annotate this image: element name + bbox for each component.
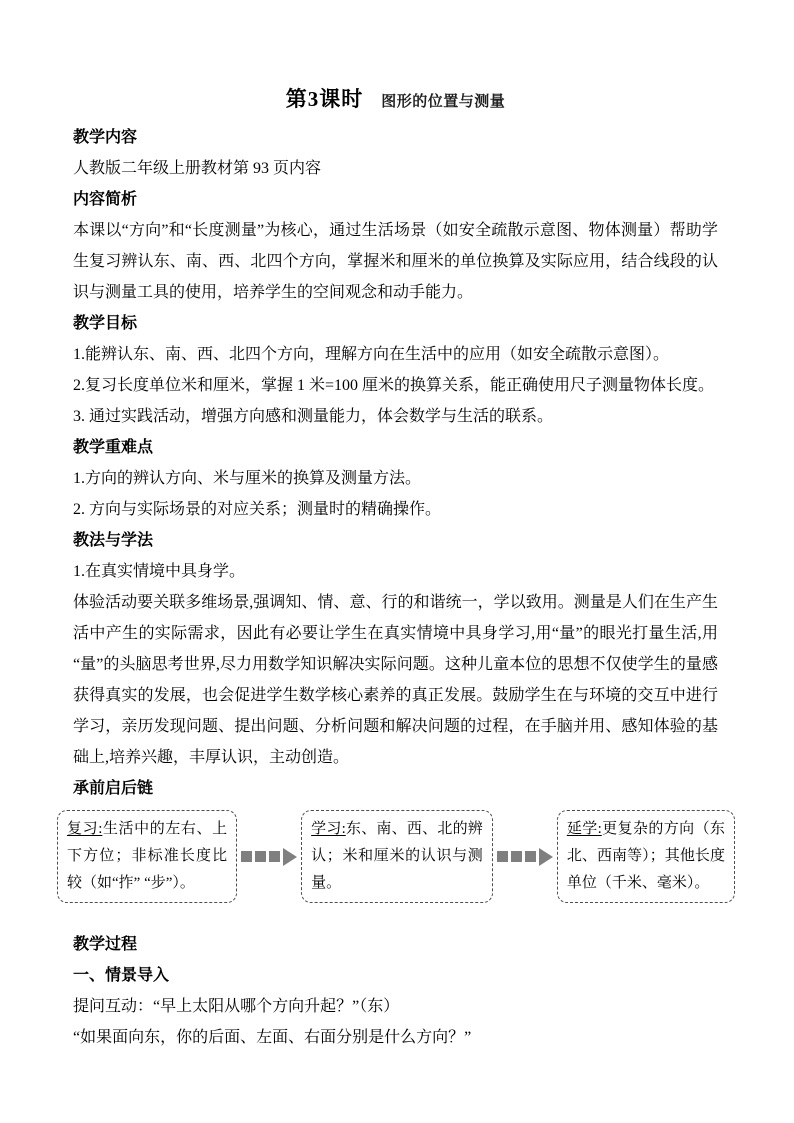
heading-link-chain: 承前启后链 [73, 773, 718, 804]
arrow-triangle-icon [283, 848, 297, 866]
process-line-1: 提问互动：“早上太阳从哪个方向升起？”（东） [73, 991, 718, 1022]
process-line-2: “如果面向东，你的后面、左面、右面分别是什么方向？” [73, 1022, 718, 1053]
flow-arrow-icon [241, 848, 297, 866]
flow-box-learn-label: 学习: [311, 821, 346, 837]
arrow-square-icon [511, 851, 522, 862]
arrow-square-icon [497, 851, 508, 862]
key-point-item-2: 2. 方向与实际场景的对应关系；测量时的精确操作。 [73, 494, 718, 525]
heading-key-points: 教学重难点 [73, 432, 718, 463]
flow-arrow-icon [497, 848, 553, 866]
flow-box-extend-label: 延学: [567, 821, 602, 837]
link-chain-flow: 复习:生活中的左右、上下方位；非标准长度比较（如“拃” “步”）。 学习:东、南… [57, 810, 735, 903]
lesson-title: 第3课时 图形的位置与测量 [73, 85, 718, 116]
heading-teaching-goals: 教学目标 [73, 308, 718, 339]
arrow-triangle-icon [539, 848, 553, 866]
arrow-square-icon [241, 851, 252, 862]
methods-body: 体验活动要关联多维场景,强调知、情、意、行的和谐统一，学以致用。测量是人们在生产… [73, 587, 718, 773]
lesson-title-number: 第3课时 [286, 87, 364, 111]
flow-box-review-label: 复习: [67, 821, 102, 837]
teaching-goal-item-1: 1.能辨认东、南、西、北四个方向，理解方向在生活中的应用（如安全疏散示意图）。 [73, 339, 718, 370]
flow-box-extend: 延学:更复杂的方向（东北、西南等）；其他长度单位（千米、毫米）。 [557, 810, 735, 903]
key-point-item-1: 1.方向的辨认方向、米与厘米的换算及测量方法。 [73, 463, 718, 494]
teaching-goal-item-2: 2.复习长度单位米和厘米，掌握 1 米=100 厘米的换算关系，能正确使用尺子测… [73, 370, 718, 401]
heading-methods: 教法与学法 [73, 525, 718, 556]
flow-box-learn: 学习:东、南、西、北的辨认；米和厘米的认识与测量。 [301, 810, 493, 903]
heading-teaching-content: 教学内容 [73, 122, 718, 153]
methods-item-1: 1.在真实情境中具身学。 [73, 556, 718, 587]
arrow-square-icon [269, 851, 280, 862]
flow-box-review: 复习:生活中的左右、上下方位；非标准长度比较（如“拃” “步”）。 [57, 810, 237, 903]
heading-content-analysis: 内容简析 [73, 184, 718, 215]
document-page: 第3课时 图形的位置与测量 教学内容 人教版二年级上册教材第 93 页内容 内容… [0, 0, 794, 1123]
sub-heading-scene-intro: 一、情景导入 [73, 960, 718, 991]
arrow-square-icon [525, 851, 536, 862]
lesson-title-text: 图形的位置与测量 [381, 93, 505, 110]
teaching-content-body: 人教版二年级上册教材第 93 页内容 [73, 153, 718, 184]
heading-process: 教学过程 [73, 929, 718, 960]
arrow-square-icon [255, 851, 266, 862]
teaching-goal-item-3: 3. 通过实践活动，增强方向感和测量能力，体会数学与生活的联系。 [73, 401, 718, 432]
content-analysis-body: 本课以“方向”和“长度测量”为核心，通过生活场景（如安全疏散示意图、物体测量）帮… [73, 215, 718, 308]
